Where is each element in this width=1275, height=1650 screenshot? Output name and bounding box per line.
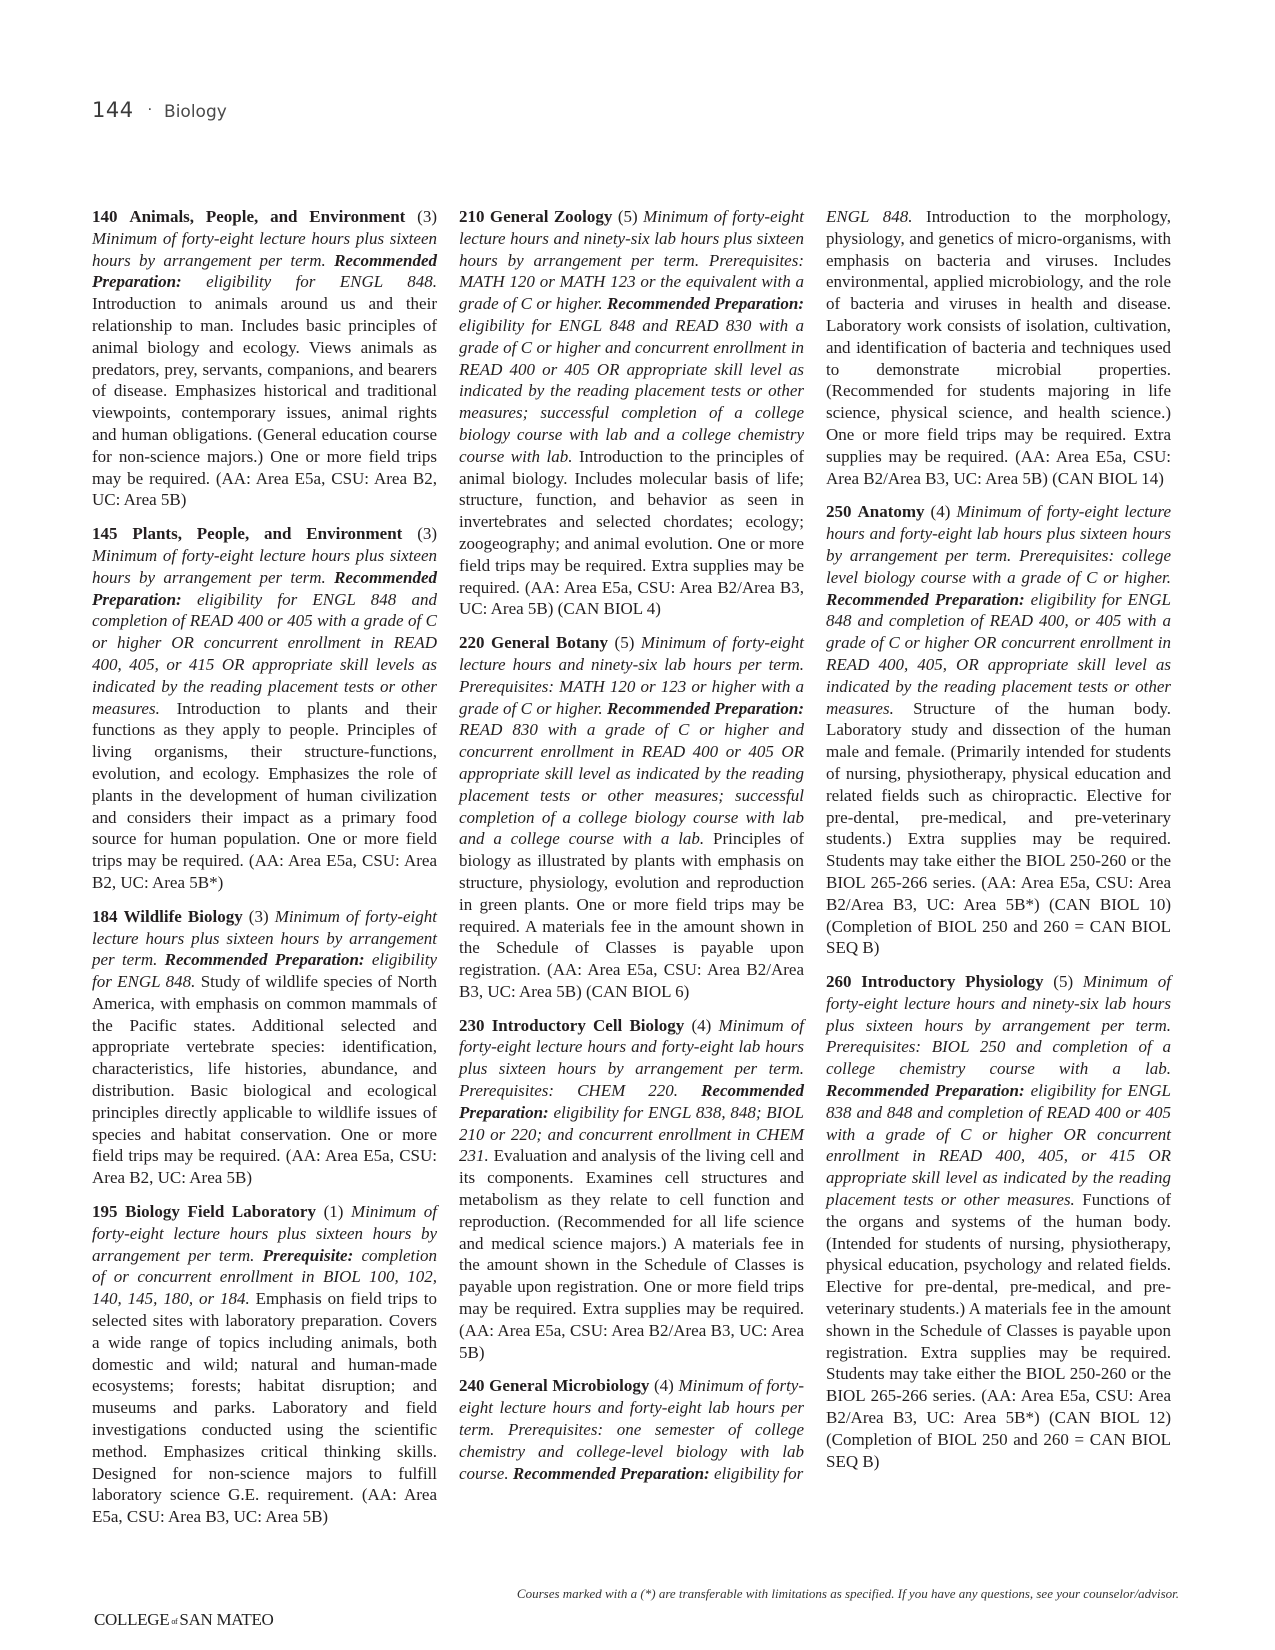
course-code: 145 <box>92 524 118 543</box>
logo-san-mateo: SAN MATEO <box>179 1610 273 1629</box>
page-header: 144·Biology <box>92 98 227 122</box>
requirement-text: eligibility for ENGL 848. <box>206 272 437 291</box>
course-description: Emphasis on field trips to selected site… <box>92 1289 437 1526</box>
course-title: Biology Field Laboratory <box>125 1202 316 1221</box>
course-entry: 220 General Botany (5) Minimum of forty-… <box>459 632 804 1003</box>
course-units: (4) <box>654 1376 674 1395</box>
course-title: Anatomy <box>857 502 924 521</box>
course-code: 240 <box>459 1376 485 1395</box>
course-description: Introduction to the morphology, physiolo… <box>826 207 1171 488</box>
course-units: (5) <box>618 207 638 226</box>
course-units: (5) <box>1053 972 1073 991</box>
header-separator: · <box>148 102 152 118</box>
course-code: 230 <box>459 1016 485 1035</box>
transfer-footnote: Courses marked with a (*) are transferab… <box>517 1586 1179 1602</box>
course-entry: 240 General Microbiology (4) Minimum of … <box>459 1375 804 1484</box>
course-description: Evaluation and analysis of the living ce… <box>459 1146 804 1361</box>
course-columns: 140 Animals, People, and Environment (3)… <box>92 206 1172 1540</box>
course-title: Introductory Cell Biology <box>492 1016 685 1035</box>
page-number: 144 <box>92 98 134 122</box>
course-title: General Microbiology <box>489 1376 649 1395</box>
course-title: Plants, People, and Environment <box>132 524 402 543</box>
course-entry: 184 Wildlife Biology (3) Minimum of fort… <box>92 906 437 1189</box>
course-entry: 230 Introductory Cell Biology (4) Minimu… <box>459 1015 804 1364</box>
requirement-text: eligibility for <box>714 1464 803 1483</box>
course-code: 260 <box>826 972 852 991</box>
course-title: General Botany <box>491 633 608 652</box>
course-entry: 210 General Zoology (5) Minimum of forty… <box>459 206 804 620</box>
requirement-label: Recommended Preparation: <box>826 1081 1025 1100</box>
column-2: 210 General Zoology (5) Minimum of forty… <box>459 206 804 1540</box>
course-entry: 140 Animals, People, and Environment (3)… <box>92 206 437 511</box>
course-title: Introductory Physiology <box>861 972 1043 991</box>
course-code: 250 <box>826 502 852 521</box>
course-units: (1) <box>324 1202 344 1221</box>
requirement-label: Recommended Preparation: <box>165 950 365 969</box>
course-description: Introduction to plants and their functio… <box>92 699 437 892</box>
college-logo: COLLEGEofSAN MATEO <box>94 1610 274 1630</box>
requirement-text: eligibility for ENGL 848 and READ 830 wi… <box>459 316 804 466</box>
course-code: 220 <box>459 633 485 652</box>
course-code: 184 <box>92 907 118 926</box>
requirement-label: Recommended Preparation: <box>513 1464 710 1483</box>
course-description: Functions of the organs and systems of t… <box>826 1190 1171 1471</box>
logo-college: COLLEGE <box>94 1610 169 1629</box>
course-title: Animals, People, and Environment <box>129 207 405 226</box>
requirement-label: Recommended Preparation: <box>607 699 804 718</box>
requirement-label: Prerequisite: <box>263 1246 354 1265</box>
course-entry: 250 Anatomy (4) Minimum of forty-eight l… <box>826 501 1171 959</box>
course-description: Introduction to the principles of animal… <box>459 447 804 619</box>
course-units: (5) <box>615 633 635 652</box>
course-description: Study of wildlife species of North Ameri… <box>92 972 437 1187</box>
requirement-label: Recommended Preparation: <box>607 294 804 313</box>
column-1: 140 Animals, People, and Environment (3)… <box>92 206 437 1540</box>
course-title: General Zoology <box>490 207 613 226</box>
section-title: Biology <box>164 102 227 122</box>
course-entry: 145 Plants, People, and Environment (3) … <box>92 523 437 894</box>
column-3: ENGL 848. Introduction to the morphology… <box>826 206 1171 1540</box>
logo-of: of <box>171 1617 177 1626</box>
course-hours: ENGL 848. <box>826 207 912 226</box>
course-units: (4) <box>691 1016 711 1035</box>
course-units: (3) <box>417 207 437 226</box>
course-title: Wildlife Biology <box>124 907 243 926</box>
course-units: (4) <box>931 502 951 521</box>
course-description: Introduction to animals around us and th… <box>92 294 437 509</box>
course-code: 210 <box>459 207 485 226</box>
course-units: (3) <box>249 907 269 926</box>
course-code: 140 <box>92 207 118 226</box>
course-code: 195 <box>92 1202 118 1221</box>
course-entry: ENGL 848. Introduction to the morphology… <box>826 206 1171 489</box>
course-units: (3) <box>417 524 437 543</box>
course-description: Structure of the human body. Laboratory … <box>826 699 1171 958</box>
requirement-label: Recommended Preparation: <box>826 590 1025 609</box>
course-entry: 195 Biology Field Laboratory (1) Minimum… <box>92 1201 437 1528</box>
course-description: Principles of biology as illustrated by … <box>459 829 804 1001</box>
course-entry: 260 Introductory Physiology (5) Minimum … <box>826 971 1171 1472</box>
